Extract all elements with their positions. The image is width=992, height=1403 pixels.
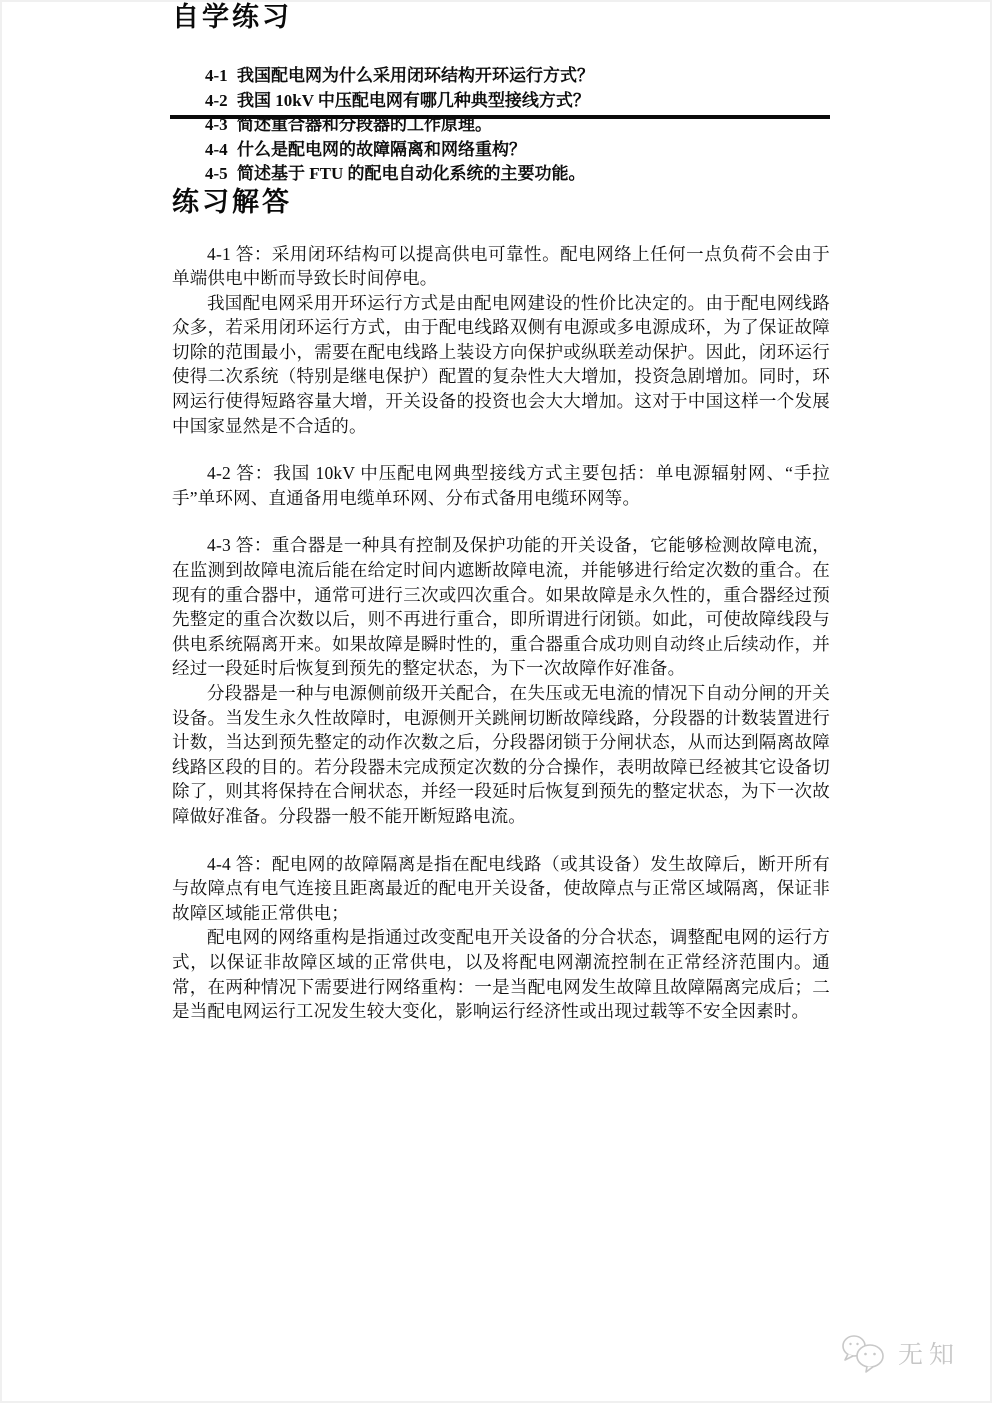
- answer-paragraph: 分段器是一种与电源侧前级开关配合，在失压或无电流的情况下自动分闸的开关设备。当发…: [172, 681, 830, 829]
- answer-paragraph: 4-1 答：采用闭环结构可以提高供电可靠性。配电网络上任何一点负荷不会由于单端供…: [172, 242, 830, 291]
- section-title-answers: 练习解答: [172, 187, 830, 217]
- watermark: 无知: [840, 1333, 960, 1373]
- question-item: 4-1 我国配电网为什么采用闭环结构开环运行方式？: [205, 64, 830, 89]
- question-text: 简述基于 FTU 的配电自动化系统的主要功能。: [237, 162, 586, 187]
- question-text: 我国配电网为什么采用闭环结构开环运行方式？: [237, 64, 594, 89]
- question-number: 4-1: [205, 64, 237, 89]
- question-text: 什么是配电网的故障隔离和网络重构？: [237, 138, 526, 163]
- section-title-exercises: 自学练习: [172, 2, 830, 32]
- question-item: 4-5 简述基于 FTU 的配电自动化系统的主要功能。: [205, 162, 830, 187]
- answer-paragraph: 4-3 答：重合器是一种具有控制及保护功能的开关设备，它能够检测故障电流，在监测…: [172, 533, 830, 681]
- answer-list: 4-1 答：采用闭环结构可以提高供电可靠性。配电网络上任何一点负荷不会由于单端供…: [172, 242, 830, 1024]
- question-number: 4-5: [205, 162, 237, 187]
- question-number: 4-3: [205, 113, 237, 138]
- question-item: 4-3 简述重合器和分段器的工作原理。: [205, 113, 830, 138]
- chat-bubbles-icon: [840, 1333, 888, 1373]
- answer-paragraph: 我国配电网采用开环运行方式是由配电网建设的性价比决定的。由于配电网线路众多，若采…: [172, 291, 830, 439]
- answer-group-4-4: 4-4 答：配电网的故障隔离是指在配电线路（或其设备）发生故障后，断开所有与故障…: [172, 852, 830, 1024]
- document-page: 自学练习 4-1 我国配电网为什么采用闭环结构开环运行方式？ 4-2 我国 10…: [0, 0, 992, 1403]
- answer-paragraph: 配电网的网络重构是指通过改变配电开关设备的分合状态，调整配电网的运行方式，以保证…: [172, 925, 830, 1023]
- question-text: 简述重合器和分段器的工作原理。: [237, 113, 492, 138]
- question-item: 4-2 我国 10kV 中压配电网有哪几种典型接线方式？: [205, 89, 830, 114]
- watermark-label: 无知: [898, 1335, 960, 1371]
- question-item: 4-4 什么是配电网的故障隔离和网络重构？: [205, 138, 830, 163]
- answer-group-4-1: 4-1 答：采用闭环结构可以提高供电可靠性。配电网络上任何一点负荷不会由于单端供…: [172, 242, 830, 439]
- answer-group-4-2: 4-2 答：我国 10kV 中压配电网典型接线方式主要包括：单电源辐射网、“手拉…: [172, 461, 830, 510]
- answer-paragraph: 4-4 答：配电网的故障隔离是指在配电线路（或其设备）发生故障后，断开所有与故障…: [172, 852, 830, 926]
- question-list: 4-1 我国配电网为什么采用闭环结构开环运行方式？ 4-2 我国 10kV 中压…: [205, 64, 830, 187]
- question-text: 我国 10kV 中压配电网有哪几种典型接线方式？: [237, 89, 590, 114]
- question-number: 4-2: [205, 89, 237, 114]
- answer-group-4-3: 4-3 答：重合器是一种具有控制及保护功能的开关设备，它能够检测故障电流，在监测…: [172, 533, 830, 828]
- question-number: 4-4: [205, 138, 237, 163]
- page-content: 自学练习 4-1 我国配电网为什么采用闭环结构开环运行方式？ 4-2 我国 10…: [172, 2, 830, 1024]
- answer-paragraph: 4-2 答：我国 10kV 中压配电网典型接线方式主要包括：单电源辐射网、“手拉…: [172, 461, 830, 510]
